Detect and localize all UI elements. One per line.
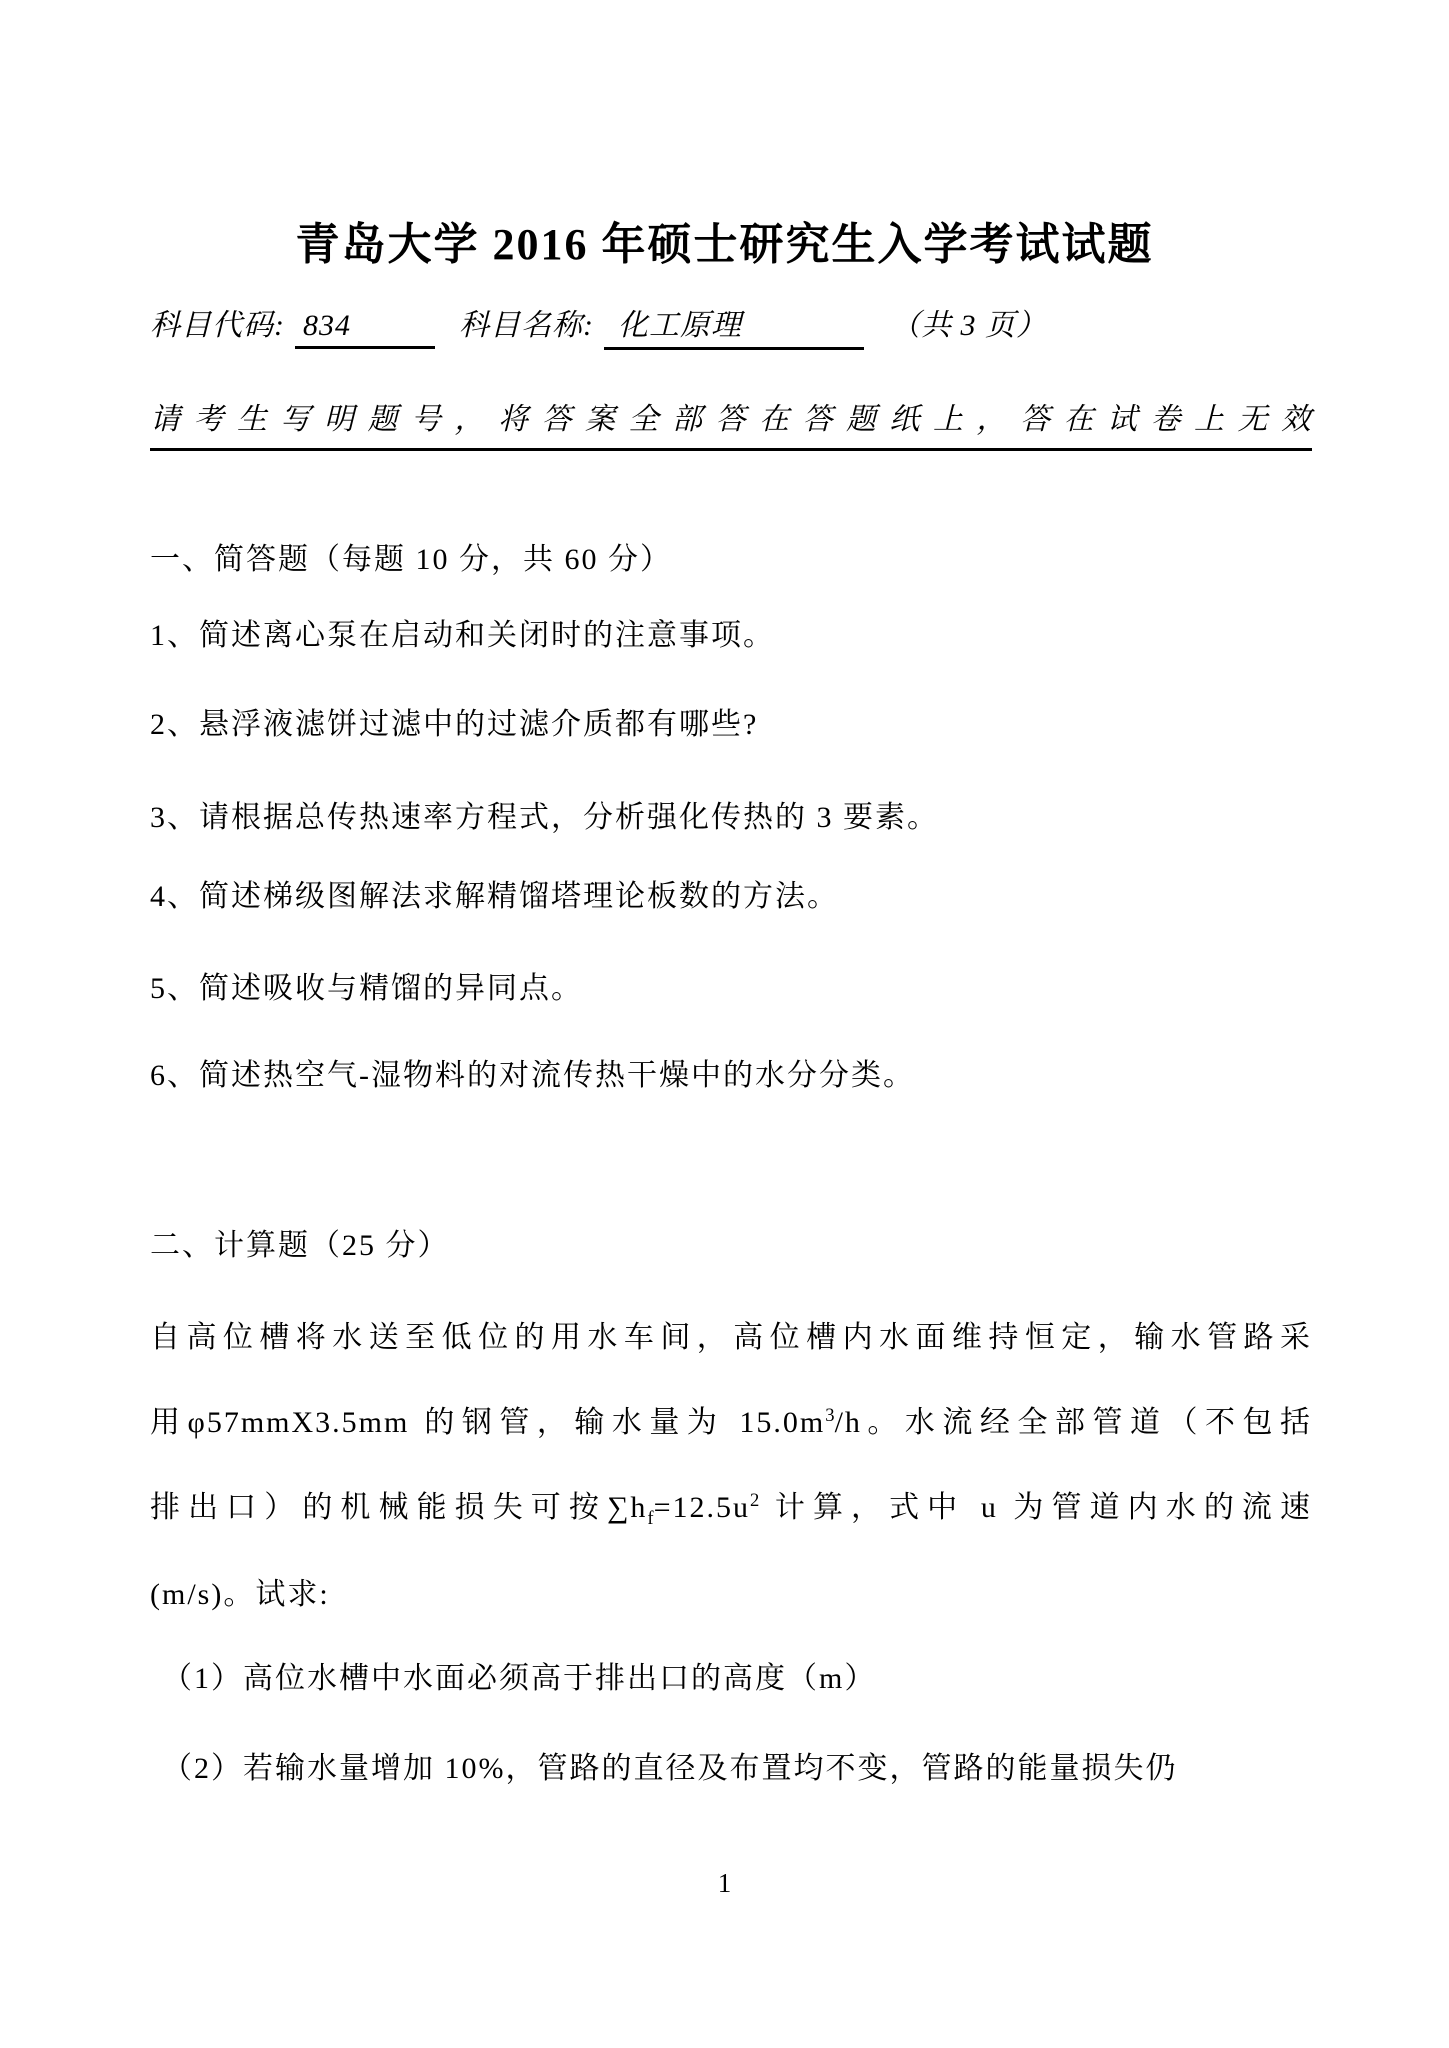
calc-line3-text-a: 排出口）的机械能损失可按∑h bbox=[150, 1491, 647, 1524]
subject-name-label: 科目名称: bbox=[459, 309, 594, 342]
calc-line2-text-b: /h。水流经全部管道（不包括 bbox=[835, 1406, 1312, 1439]
page-title: 青岛大学 2016 年硕士研究生入学考试试题 bbox=[0, 208, 1449, 272]
section1-heading: 一、简答题（每题 10 分，共 60 分） bbox=[150, 538, 1312, 582]
cubic-meter-superscript: 3 bbox=[825, 1405, 834, 1426]
pages-note: （共 3 页） bbox=[890, 309, 1047, 342]
subject-info-line: 科目代码:834科目名称:化工原理（共 3 页） bbox=[150, 300, 1312, 350]
subquestion-1: （1）高位水槽中水面必须高于排出口的高度（m） bbox=[150, 1657, 1312, 1701]
page-number: 1 bbox=[0, 1868, 1449, 1899]
calc-line2-text-a: 用φ57mmX3.5mm 的钢管，输水量为 15.0m bbox=[150, 1406, 825, 1439]
question-3: 3、请根据总传热速率方程式，分析强化传热的 3 要素。 bbox=[150, 796, 1312, 840]
section2-heading: 二、计算题（25 分） bbox=[150, 1224, 1312, 1268]
question-1: 1、简述离心泵在启动和关闭时的注意事项。 bbox=[150, 614, 1312, 658]
question-6: 6、简述热空气-湿物料的对流传热干燥中的水分分类。 bbox=[150, 1054, 1312, 1098]
calc-paragraph-line-1: 自高位槽将水送至低位的用水车间，高位槽内水面维持恒定，输水管路采 bbox=[150, 1316, 1312, 1360]
u-squared-superscript: 2 bbox=[750, 1490, 759, 1511]
calc-paragraph-line-3: 排出口）的机械能损失可按∑hf=12.5u2 计算，式中 u 为管道内水的流速 bbox=[150, 1486, 1312, 1530]
subject-code-label: 科目代码: bbox=[150, 309, 285, 342]
calc-line3-text-c: 计算，式中 u 为管道内水的流速 bbox=[759, 1491, 1312, 1524]
subject-code-value: 834 bbox=[295, 309, 435, 349]
subject-name-value: 化工原理 bbox=[604, 300, 864, 350]
calc-paragraph-line-2: 用φ57mmX3.5mm 的钢管，输水量为 15.0m3/h。水流经全部管道（不… bbox=[150, 1401, 1312, 1445]
subquestion-2: （2）若输水量增加 10%，管路的直径及布置均不变，管路的能量损失仍 bbox=[150, 1747, 1312, 1791]
calc-line3-text-b: =12.5u bbox=[654, 1491, 750, 1524]
exam-paper-page: 青岛大学 2016 年硕士研究生入学考试试题 科目代码:834科目名称:化工原理… bbox=[0, 0, 1449, 2048]
question-4: 4、简述梯级图解法求解精馏塔理论板数的方法。 bbox=[150, 875, 1312, 919]
question-2: 2、悬浮液滤饼过滤中的过滤介质都有哪些? bbox=[150, 703, 1312, 747]
question-5: 5、简述吸收与精馏的异同点。 bbox=[150, 967, 1312, 1011]
calc-paragraph-line-4: (m/s)。试求: bbox=[150, 1573, 1312, 1617]
answer-sheet-instruction: 请考生写明题号，将答案全部答在答题纸上，答在试卷上无效 bbox=[150, 394, 1312, 451]
